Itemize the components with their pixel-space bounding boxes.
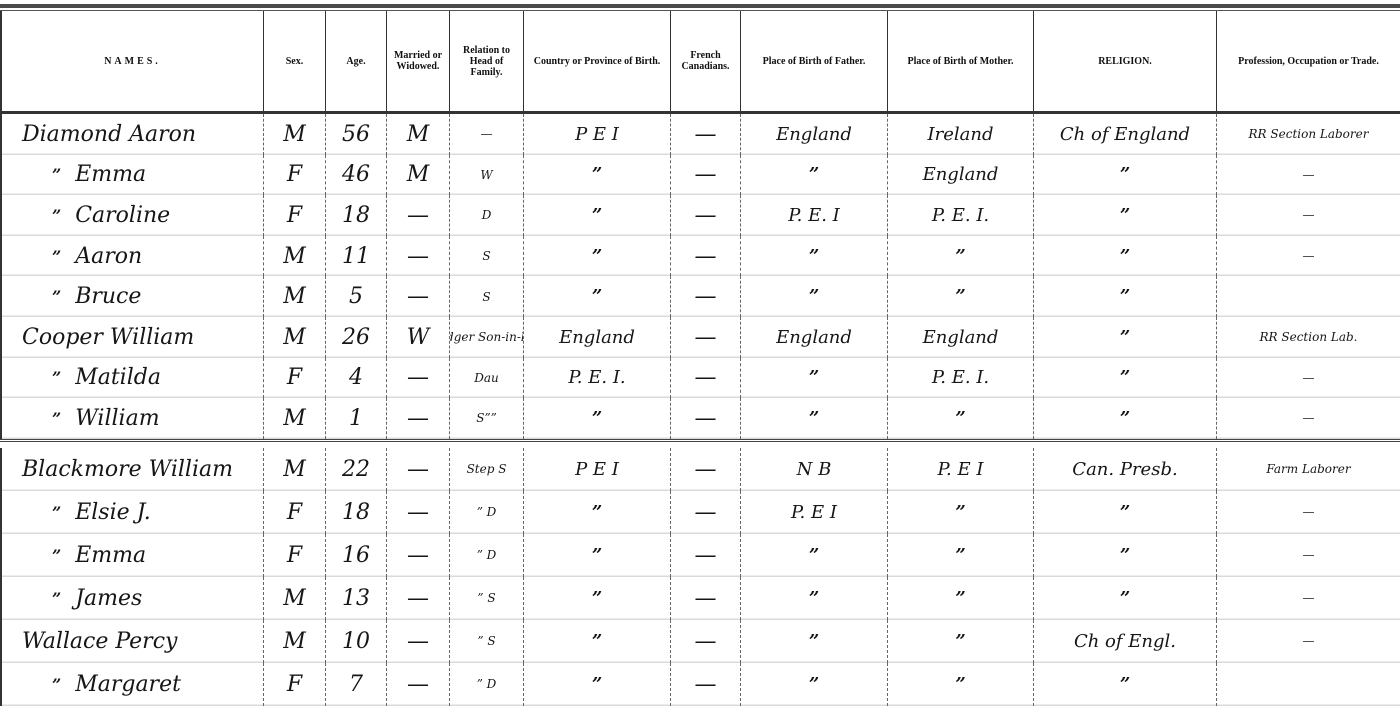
header-relation: Relation to Head of Family. bbox=[449, 11, 523, 111]
cell-relation: Dau bbox=[449, 358, 523, 399]
cell-name: ”Matilda bbox=[0, 358, 263, 399]
cell-country: P. E. I. bbox=[523, 358, 670, 399]
cell-married: — bbox=[386, 276, 449, 317]
header-age: Age. bbox=[325, 11, 386, 111]
cell-profession: — bbox=[1216, 491, 1400, 534]
cell-french: — bbox=[670, 398, 740, 439]
cell-mother: ” bbox=[887, 663, 1033, 706]
cell-sex: F bbox=[263, 358, 325, 399]
header-profession: Profession, Occupation or Trade. bbox=[1216, 11, 1400, 111]
top-border bbox=[0, 4, 1400, 8]
cell-religion: ” bbox=[1033, 195, 1216, 236]
cell-sex: M bbox=[263, 448, 325, 491]
header-religion: RELIGION. bbox=[1033, 11, 1216, 111]
header-country: Country or Province of Birth. bbox=[523, 11, 670, 111]
header-row: NAMES. Sex. Age. Married or Widowed. Rel… bbox=[0, 11, 1400, 114]
cell-name: ”Caroline bbox=[0, 195, 263, 236]
cell-profession: — bbox=[1216, 195, 1400, 236]
table-row: Wallace PercyM10—” S”—””Ch of Engl.— bbox=[0, 620, 1400, 663]
cell-name: ”Emma bbox=[0, 534, 263, 577]
cell-profession: — bbox=[1216, 155, 1400, 196]
cell-age: 10 bbox=[325, 620, 386, 663]
cell-married: — bbox=[386, 620, 449, 663]
person-name: Margaret bbox=[75, 672, 181, 697]
ditto-mark: ” bbox=[52, 368, 61, 387]
cell-profession: Farm Laborer bbox=[1216, 448, 1400, 491]
cell-religion: Ch of England bbox=[1033, 114, 1216, 155]
cell-age: 11 bbox=[325, 236, 386, 277]
person-name: Caroline bbox=[75, 203, 170, 228]
cell-french: — bbox=[670, 114, 740, 155]
cell-mother: ” bbox=[887, 398, 1033, 439]
cell-father: ” bbox=[740, 398, 887, 439]
cell-religion: ” bbox=[1033, 358, 1216, 399]
table-row: ”AaronM11—S”—”””— bbox=[0, 236, 1400, 277]
cell-religion: ” bbox=[1033, 236, 1216, 277]
cell-mother: ” bbox=[887, 620, 1033, 663]
cell-mother: England bbox=[887, 155, 1033, 196]
cell-sex: M bbox=[263, 276, 325, 317]
table-row: ”CarolineF18—D”—P. E. IP. E. I.”— bbox=[0, 195, 1400, 236]
cell-married: — bbox=[386, 534, 449, 577]
cell-country: P E I bbox=[523, 114, 670, 155]
cell-name: ”James bbox=[0, 577, 263, 620]
cell-french: — bbox=[670, 448, 740, 491]
cell-country: ” bbox=[523, 236, 670, 277]
cell-age: 26 bbox=[325, 317, 386, 358]
cell-age: 1 bbox=[325, 398, 386, 439]
cell-relation: W bbox=[449, 155, 523, 196]
cell-mother: ” bbox=[887, 534, 1033, 577]
table-row: ”MargaretF7—” D”—””” bbox=[0, 663, 1400, 706]
cell-sex: M bbox=[263, 577, 325, 620]
cell-profession bbox=[1216, 663, 1400, 706]
table-row: ”MatildaF4—DauP. E. I.—”P. E. I.”— bbox=[0, 358, 1400, 399]
cell-name: ”Margaret bbox=[0, 663, 263, 706]
cell-french: — bbox=[670, 620, 740, 663]
cell-sex: F bbox=[263, 195, 325, 236]
person-name: Cooper William bbox=[22, 325, 194, 350]
ditto-mark: ” bbox=[52, 409, 61, 428]
cell-religion: Ch of Engl. bbox=[1033, 620, 1216, 663]
cell-mother: ” bbox=[887, 236, 1033, 277]
cell-sex: F bbox=[263, 491, 325, 534]
cell-name: Blackmore William bbox=[0, 448, 263, 491]
ditto-mark: ” bbox=[52, 165, 61, 184]
cell-religion: ” bbox=[1033, 155, 1216, 196]
header-father: Place of Birth of Father. bbox=[740, 11, 887, 111]
table-row: ”WilliamM1—S”””—”””— bbox=[0, 398, 1400, 439]
cell-profession: — bbox=[1216, 358, 1400, 399]
cell-country: ” bbox=[523, 155, 670, 196]
cell-religion: ” bbox=[1033, 534, 1216, 577]
cell-religion: Can. Presb. bbox=[1033, 448, 1216, 491]
cell-french: — bbox=[670, 317, 740, 358]
cell-name: Diamond Aaron bbox=[0, 114, 263, 155]
cell-sex: M bbox=[263, 620, 325, 663]
cell-age: 46 bbox=[325, 155, 386, 196]
cell-french: — bbox=[670, 276, 740, 317]
cell-french: — bbox=[670, 236, 740, 277]
ditto-mark: ” bbox=[52, 247, 61, 266]
cell-french: — bbox=[670, 195, 740, 236]
person-name: Emma bbox=[75, 543, 146, 568]
person-name: Elsie J. bbox=[75, 500, 151, 525]
cell-religion: ” bbox=[1033, 398, 1216, 439]
cell-father: ” bbox=[740, 155, 887, 196]
header-sex: Sex. bbox=[263, 11, 325, 111]
person-name: William bbox=[75, 406, 159, 431]
ditto-mark: ” bbox=[52, 287, 61, 306]
cell-country: ” bbox=[523, 195, 670, 236]
header-mother: Place of Birth of Mother. bbox=[887, 11, 1033, 111]
cell-father: P. E I bbox=[740, 491, 887, 534]
cell-father: ” bbox=[740, 620, 887, 663]
cell-profession: — bbox=[1216, 620, 1400, 663]
cell-age: 18 bbox=[325, 491, 386, 534]
cell-relation: S”” bbox=[449, 398, 523, 439]
cell-father: England bbox=[740, 114, 887, 155]
cell-sex: F bbox=[263, 534, 325, 577]
cell-married: W bbox=[386, 317, 449, 358]
cell-married: — bbox=[386, 236, 449, 277]
cell-father: England bbox=[740, 317, 887, 358]
header-married: Married or Widowed. bbox=[386, 11, 449, 111]
cell-name: ”Aaron bbox=[0, 236, 263, 277]
cell-profession: RR Section Lab. bbox=[1216, 317, 1400, 358]
cell-married: — bbox=[386, 448, 449, 491]
cell-profession: — bbox=[1216, 577, 1400, 620]
cell-relation: ” D bbox=[449, 491, 523, 534]
cell-father: N B bbox=[740, 448, 887, 491]
cell-father: ” bbox=[740, 534, 887, 577]
cell-mother: England bbox=[887, 317, 1033, 358]
header-names: NAMES. bbox=[0, 11, 263, 111]
cell-french: — bbox=[670, 577, 740, 620]
cell-married: — bbox=[386, 195, 449, 236]
cell-french: — bbox=[670, 491, 740, 534]
person-name: Bruce bbox=[75, 284, 141, 309]
cell-relation: D bbox=[449, 195, 523, 236]
table-row: Cooper WilliamM26WLodger Son-in-lawEngla… bbox=[0, 317, 1400, 358]
cell-french: — bbox=[670, 663, 740, 706]
cell-married: M bbox=[386, 155, 449, 196]
cell-french: — bbox=[670, 155, 740, 196]
cell-mother: ” bbox=[887, 577, 1033, 620]
cell-married: — bbox=[386, 491, 449, 534]
cell-sex: M bbox=[263, 398, 325, 439]
cell-profession: — bbox=[1216, 398, 1400, 439]
cell-relation: ” D bbox=[449, 534, 523, 577]
ditto-mark: ” bbox=[52, 206, 61, 225]
cell-married: — bbox=[386, 577, 449, 620]
cell-country: ” bbox=[523, 620, 670, 663]
cell-name: ”Bruce bbox=[0, 276, 263, 317]
cell-sex: M bbox=[263, 114, 325, 155]
cell-age: 4 bbox=[325, 358, 386, 399]
cell-married: M bbox=[386, 114, 449, 155]
cell-father: ” bbox=[740, 276, 887, 317]
census-sheet: NAMES. Sex. Age. Married or Widowed. Rel… bbox=[0, 11, 1400, 706]
cell-age: 56 bbox=[325, 114, 386, 155]
person-name: Blackmore William bbox=[22, 457, 233, 482]
cell-sex: M bbox=[263, 317, 325, 358]
cell-religion: ” bbox=[1033, 317, 1216, 358]
cell-mother: ” bbox=[887, 276, 1033, 317]
cell-mother: P. E I bbox=[887, 448, 1033, 491]
cell-relation: Step S bbox=[449, 448, 523, 491]
cell-relation: — bbox=[449, 114, 523, 155]
cell-country: ” bbox=[523, 577, 670, 620]
cell-age: 13 bbox=[325, 577, 386, 620]
cell-father: ” bbox=[740, 358, 887, 399]
cell-profession: RR Section Laborer bbox=[1216, 114, 1400, 155]
cell-age: 7 bbox=[325, 663, 386, 706]
cell-country: ” bbox=[523, 663, 670, 706]
cell-married: — bbox=[386, 663, 449, 706]
cell-name: ”William bbox=[0, 398, 263, 439]
person-name: Emma bbox=[75, 162, 146, 187]
cell-married: — bbox=[386, 398, 449, 439]
cell-relation: ” D bbox=[449, 663, 523, 706]
cell-father: ” bbox=[740, 236, 887, 277]
person-name: James bbox=[75, 586, 142, 611]
header-french: French Canadians. bbox=[670, 11, 740, 111]
cell-french: — bbox=[670, 534, 740, 577]
table-row: ”BruceM5—S”—””” bbox=[0, 276, 1400, 317]
cell-french: — bbox=[670, 358, 740, 399]
ditto-mark: ” bbox=[52, 503, 61, 522]
cell-country: ” bbox=[523, 491, 670, 534]
cell-country: England bbox=[523, 317, 670, 358]
table-row: ”JamesM13—” S”—”””— bbox=[0, 577, 1400, 620]
cell-mother: P. E. I. bbox=[887, 195, 1033, 236]
cell-mother: Ireland bbox=[887, 114, 1033, 155]
cell-mother: P. E. I. bbox=[887, 358, 1033, 399]
cell-relation: ” S bbox=[449, 577, 523, 620]
person-name: Aaron bbox=[75, 244, 142, 269]
cell-relation: Lodger Son-in-law bbox=[449, 317, 523, 358]
table-row: ”EmmaF16—” D”—”””— bbox=[0, 534, 1400, 577]
cell-name: ”Emma bbox=[0, 155, 263, 196]
person-name: Wallace Percy bbox=[22, 629, 177, 654]
cell-sex: F bbox=[263, 663, 325, 706]
ditto-mark: ” bbox=[52, 589, 61, 608]
cell-mother: ” bbox=[887, 491, 1033, 534]
cell-profession: — bbox=[1216, 534, 1400, 577]
person-name: Matilda bbox=[75, 365, 161, 390]
cell-relation: ” S bbox=[449, 620, 523, 663]
cell-religion: ” bbox=[1033, 663, 1216, 706]
table-row: Diamond AaronM56M—P E I—EnglandIrelandCh… bbox=[0, 114, 1400, 155]
cell-father: P. E. I bbox=[740, 195, 887, 236]
cell-country: P E I bbox=[523, 448, 670, 491]
cell-country: ” bbox=[523, 534, 670, 577]
cell-country: ” bbox=[523, 276, 670, 317]
cell-married: — bbox=[386, 358, 449, 399]
cell-age: 16 bbox=[325, 534, 386, 577]
cell-religion: ” bbox=[1033, 577, 1216, 620]
cell-age: 22 bbox=[325, 448, 386, 491]
household-block-2: Blackmore WilliamM22—Step SP E I—N BP. E… bbox=[0, 448, 1400, 706]
cell-religion: ” bbox=[1033, 276, 1216, 317]
person-name: Diamond Aaron bbox=[22, 122, 196, 147]
cell-name: ”Elsie J. bbox=[0, 491, 263, 534]
cell-father: ” bbox=[740, 577, 887, 620]
household-block-1: Diamond AaronM56M—P E I—EnglandIrelandCh… bbox=[0, 114, 1400, 442]
cell-religion: ” bbox=[1033, 491, 1216, 534]
cell-age: 18 bbox=[325, 195, 386, 236]
cell-father: ” bbox=[740, 663, 887, 706]
cell-country: ” bbox=[523, 398, 670, 439]
ditto-mark: ” bbox=[52, 675, 61, 694]
cell-profession bbox=[1216, 276, 1400, 317]
cell-name: Wallace Percy bbox=[0, 620, 263, 663]
cell-relation: S bbox=[449, 236, 523, 277]
cell-sex: M bbox=[263, 236, 325, 277]
table-row: ”EmmaF46MW”—”England”— bbox=[0, 155, 1400, 196]
cell-age: 5 bbox=[325, 276, 386, 317]
table-row: ”Elsie J.F18—” D”—P. E I””— bbox=[0, 491, 1400, 534]
cell-sex: F bbox=[263, 155, 325, 196]
cell-profession: — bbox=[1216, 236, 1400, 277]
ditto-mark: ” bbox=[52, 546, 61, 565]
cell-relation: S bbox=[449, 276, 523, 317]
table-row: Blackmore WilliamM22—Step SP E I—N BP. E… bbox=[0, 448, 1400, 491]
cell-name: Cooper William bbox=[0, 317, 263, 358]
